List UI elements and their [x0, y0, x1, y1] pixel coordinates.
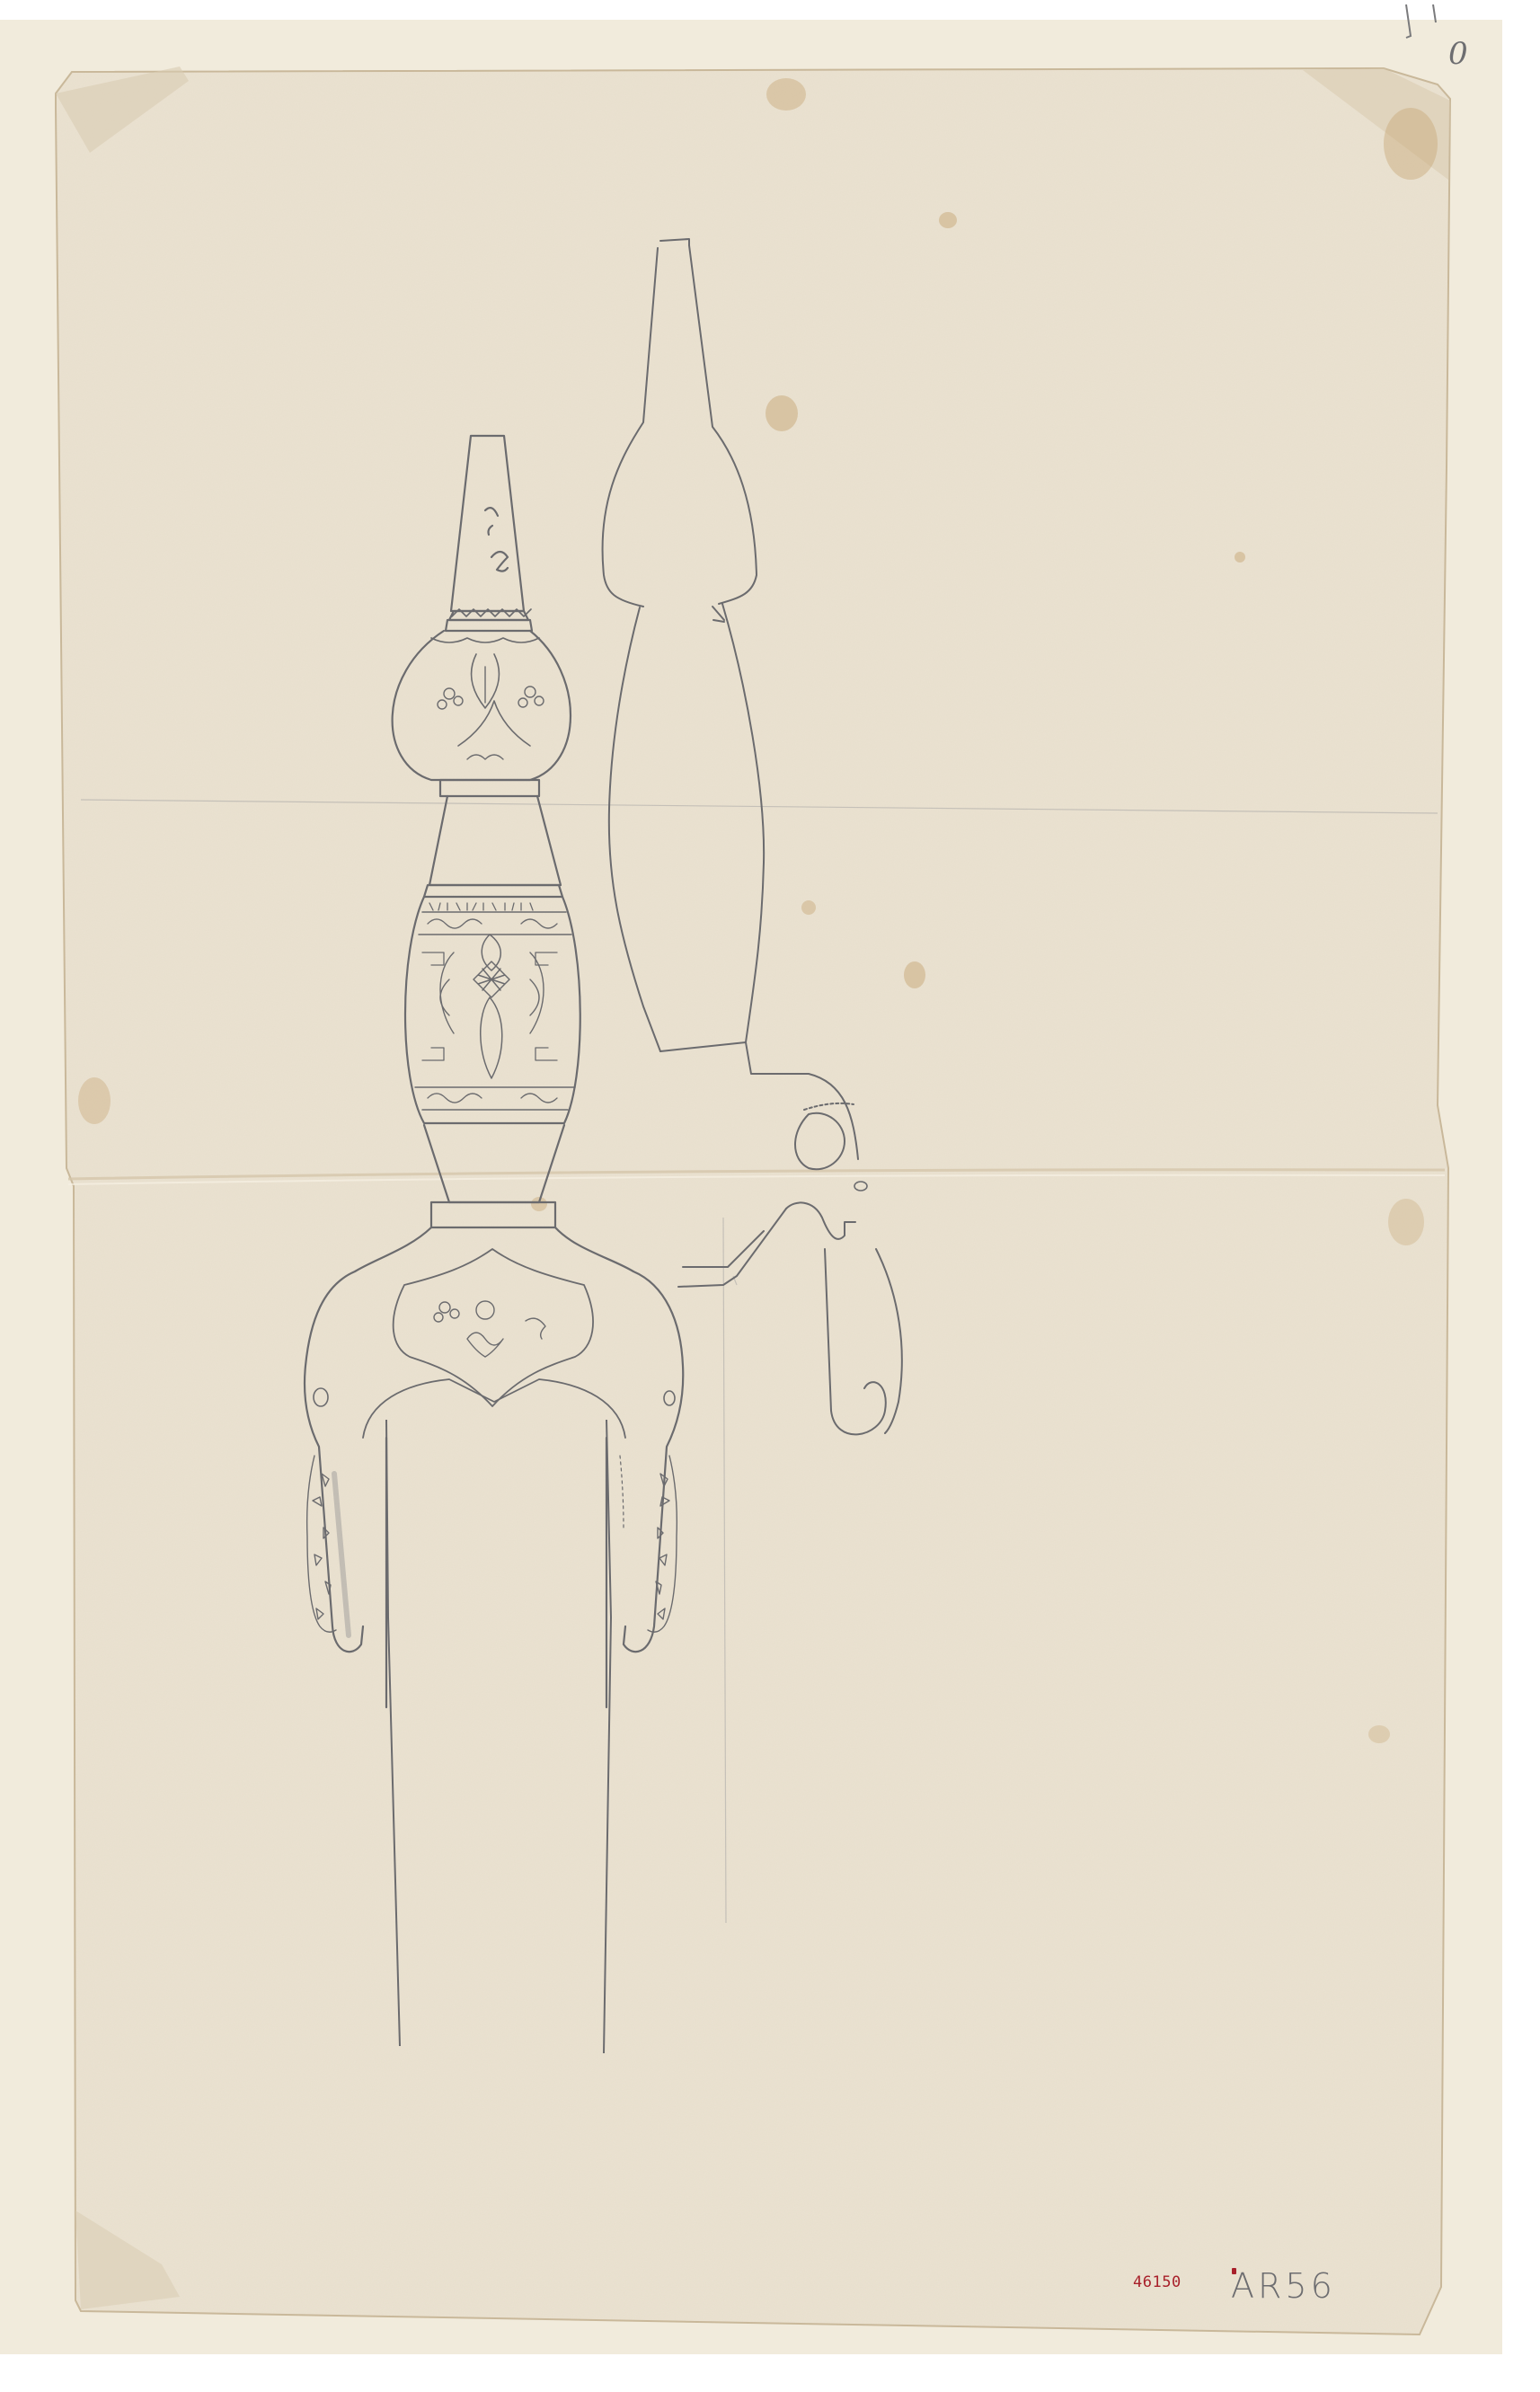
pencil-inventory-label: AR56 [1231, 2266, 1336, 2306]
corner-pencil-mark: 0 [1448, 36, 1468, 72]
drawing-sheet [0, 0, 1540, 2392]
corner-pencil-scribble [1406, 4, 1436, 38]
accession-number-label: 46150 [1133, 2273, 1182, 2291]
paper [56, 66, 1450, 2334]
